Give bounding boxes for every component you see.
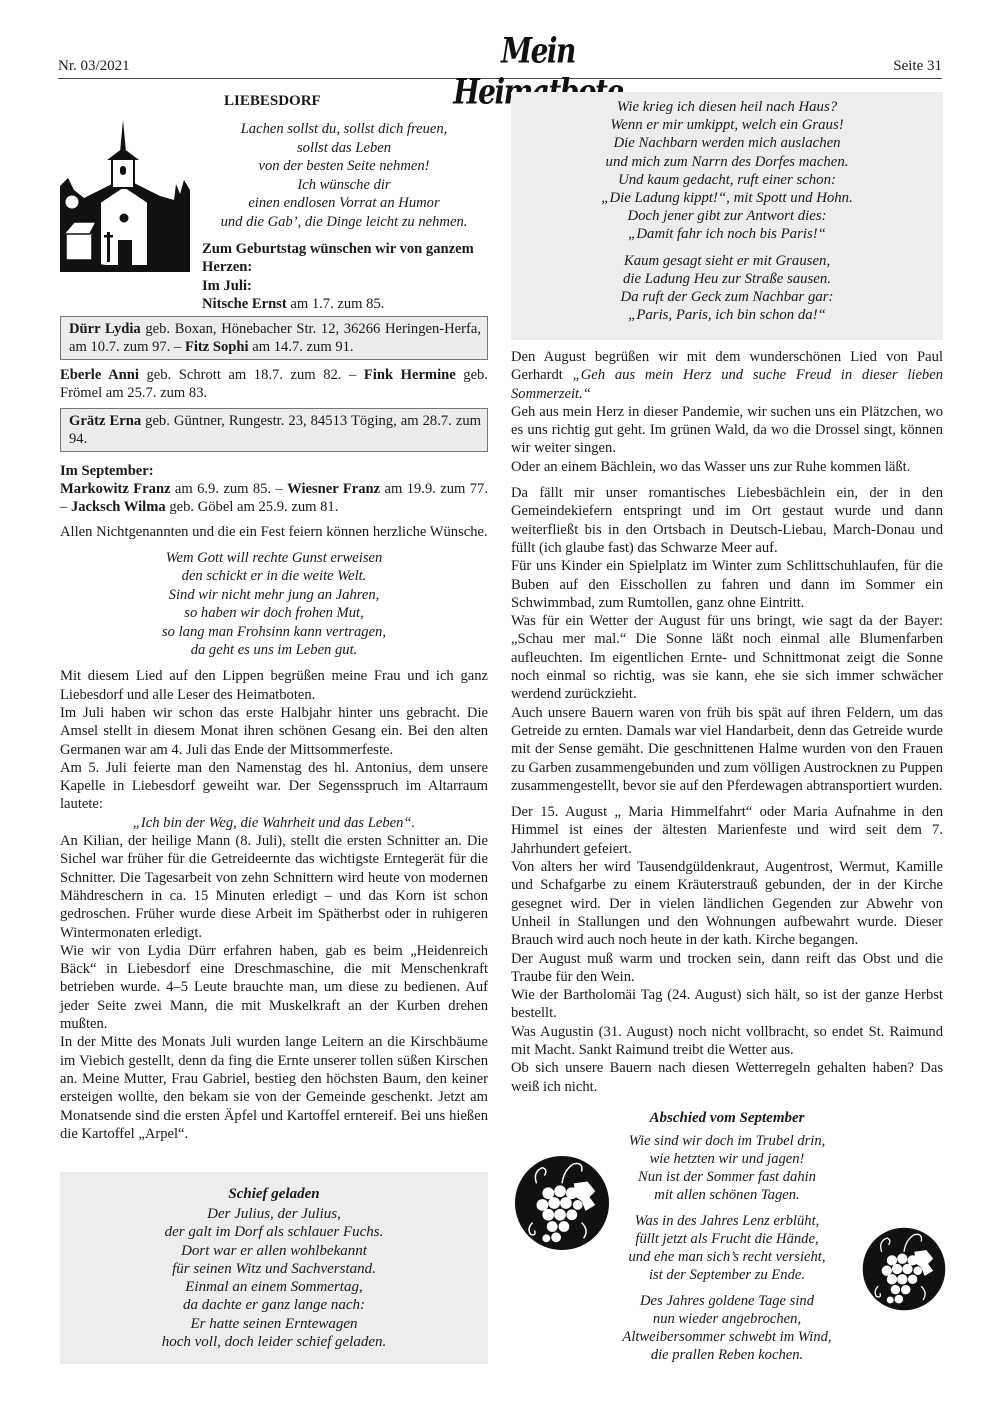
poem-line: da geht es uns im Leben gut. xyxy=(60,641,488,659)
birthday-detail: am 1.7. zum 85. xyxy=(287,296,385,312)
body-paragraph: Wie wir von Lydia Dürr erfahren haben, g… xyxy=(60,942,488,1033)
poem-line: und mich zum Narrn des Dorfes machen. xyxy=(511,153,943,171)
poem-line: Einmal an einem Sommertag, xyxy=(60,1278,488,1296)
poem-line: „Die Ladung kippt!“, mit Spott und Hohn. xyxy=(511,189,943,207)
september-heading: Im September: xyxy=(60,463,154,479)
body-paragraph: Da fällt mir unser romantisches Liebesbä… xyxy=(511,484,943,557)
birthday-box-graetz: Grätz Erna geb. Güntner, Rungestr. 23, 8… xyxy=(60,408,488,452)
birthday-name: Nitsche Ernst xyxy=(202,296,287,312)
body-paragraph: Oder an einem Bächlein, wo das Wasser un… xyxy=(511,458,943,476)
body-paragraph: Was Augustin (31. August) noch nicht vol… xyxy=(511,1023,943,1060)
body-paragraph: Von alters her wird Tausendgüldenkraut, … xyxy=(511,858,943,949)
poem-line: von der besten Seite nehmen! xyxy=(200,157,488,176)
poem-line: so haben wir doch frohen Mut, xyxy=(60,604,488,622)
body-paragraph: In der Mitte des Monats Juli wurden lang… xyxy=(60,1033,488,1143)
body-paragraph: Was für ein Wetter der August für uns br… xyxy=(511,612,943,703)
birthday-name: Wiesner Franz xyxy=(287,481,380,497)
body-paragraph: An Kilian, der heilige Mann (8. Juli), s… xyxy=(60,832,488,942)
body-paragraph: Der 15. August „ Maria Himmelfahrt“ oder… xyxy=(511,803,943,858)
body-paragraph: Auch unsere Bauern waren von früh bis sp… xyxy=(511,704,943,795)
page-header: Nr. 03/2021 Mein Heimatbote Seite 31 xyxy=(58,48,942,79)
poem-line: „Damit fahr ich noch bis Paris!“ xyxy=(511,225,943,243)
poem-line: mit allen schönen Tagen. xyxy=(591,1186,863,1204)
poem-line: Und kaum gedacht, ruft einer schon: xyxy=(511,171,943,189)
poem-line: so lang man Frohsinn kann vertragen, xyxy=(60,623,488,641)
poem-line: da dachte er ganz lange nach: xyxy=(60,1296,488,1314)
poem-line: Doch jener gibt zur Antwort dies: xyxy=(511,207,943,225)
poem-body: Wie sind wir doch im Trubel drin, wie he… xyxy=(591,1132,863,1364)
poem-line: Ich wünsche dir xyxy=(200,176,488,195)
poem-line: Dort war er allen wohlbekannt xyxy=(60,1242,488,1260)
body-paragraph: Wie der Bartholomäi Tag (24. August) sic… xyxy=(511,986,943,1023)
issue-number: Nr. 03/2021 xyxy=(58,58,130,75)
poem-line: und ehe man sich’s recht versieht, xyxy=(591,1248,863,1266)
song-title: „Geh aus mein Herz und suche Freud in di… xyxy=(511,367,943,401)
poem-line: Der Julius, der Julius, xyxy=(60,1205,488,1223)
birthday-entry: Nitsche Ernst am 1.7. zum 85. xyxy=(202,295,492,313)
body-paragraph: Geh aus mein Herz in dieser Pandemie, wi… xyxy=(511,403,943,458)
poem-line: Sind wir nicht mehr jung an Jahren, xyxy=(60,586,488,604)
gott-poem: Wem Gott will rechte Gunst erweisen den … xyxy=(60,549,488,659)
body-paragraph: Für uns Kinder ein Spielplatz im Winter … xyxy=(511,557,943,612)
poem-line: Wem Gott will rechte Gunst erweisen xyxy=(60,549,488,567)
birthday-name: Markowitz Franz xyxy=(60,481,171,497)
grape-vine-icon xyxy=(861,1226,947,1312)
poem-line: „Paris, Paris, ich bin schon da!“ xyxy=(511,306,943,324)
right-column: Wie krieg ich diesen heil nach Haus? Wen… xyxy=(511,88,943,1096)
birthday-name: Fink Hermine xyxy=(364,367,456,383)
birthday-entry-eberle: Eberle Anni geb. Schrott am 18.7. zum 82… xyxy=(60,366,488,403)
poem-line: den schickt er in die weite Welt. xyxy=(60,567,488,585)
body-paragraph: Ob sich unsere Bauern nach diesen Wetter… xyxy=(511,1059,943,1096)
poem-line: einen endlosen Vorrat an Humor xyxy=(200,194,488,213)
intro-poem: Lachen sollst du, sollst dich freuen, so… xyxy=(200,120,488,232)
body-paragraph: Am 5. Juli feierte man den Namenstag des… xyxy=(60,759,488,814)
birthday-detail: geb. Göbel am 25.9. zum 81. xyxy=(166,499,339,515)
poem-line: wie hetzten wir und jagen! xyxy=(591,1150,863,1168)
poem-line: Er hatte seinen Erntewagen xyxy=(60,1315,488,1333)
poem-line: Wenn er mir umkippt, welch ein Graus! xyxy=(511,116,943,134)
intro-section: LIEBESDORF Lachen sollst du, sollst dich… xyxy=(60,92,488,312)
birthday-detail: geb. Schrott am 18.7. zum 82. – xyxy=(139,367,364,383)
altar-quote: „Ich bin der Weg, die Wahrheit und das L… xyxy=(60,814,488,832)
birthday-heading: Zum Geburtstag wünschen wir von ganzem H… xyxy=(202,241,474,275)
left-column: LIEBESDORF Lachen sollst du, sollst dich… xyxy=(60,88,488,1143)
poem-line: hoch voll, doch leider schief geladen. xyxy=(60,1333,488,1351)
poem-line: sollst das Leben xyxy=(200,139,488,158)
church-illustration-icon xyxy=(60,120,190,274)
poem-box-schief-geladen: Schief geladen Der Julius, der Julius, d… xyxy=(60,1172,488,1364)
poem-line: Nun ist der Sommer fast dahin xyxy=(591,1168,863,1186)
poem-line: und die Gab’, die Dinge leicht zu nehmen… xyxy=(200,213,488,232)
body-paragraph: Der August muß warm und trocken sein, da… xyxy=(511,950,943,987)
poem-box-schief-continued: Wie krieg ich diesen heil nach Haus? Wen… xyxy=(511,92,943,340)
poem-line: Die Nachbarn werden mich auslachen xyxy=(511,134,943,152)
birthday-detail: am 6.9. zum 85. – xyxy=(171,481,288,497)
birthday-name: Dürr Lydia xyxy=(69,321,141,337)
july-heading: Im Juli: xyxy=(202,278,252,294)
poem-line: Des Jahres goldene Tage sind xyxy=(591,1292,863,1310)
birthday-detail: am 14.7. zum 91. xyxy=(249,339,354,355)
poem-title: Schief geladen xyxy=(60,1186,488,1203)
poem-line: füllt jetzt als Frucht die Hände, xyxy=(591,1230,863,1248)
birthday-box-duerr: Dürr Lydia geb. Boxan, Hönebacher Str. 1… xyxy=(60,316,488,360)
poem-line: Was in des Jahres Lenz erblüht, xyxy=(591,1212,863,1230)
body-paragraph: Im Juli haben wir schon das erste Halbja… xyxy=(60,704,488,759)
page-number: Seite 31 xyxy=(893,58,942,75)
poem-line: Altweibersommer schwebt im Wind, xyxy=(591,1328,863,1346)
greeting-paragraph: Allen Nichtgenannten und die ein Fest fe… xyxy=(60,523,488,541)
poem-line: die prallen Reben kochen. xyxy=(591,1346,863,1364)
poem-line: nun wieder angebrochen, xyxy=(591,1310,863,1328)
poem-abschied-vom-september: Abschied vom September Wie sind wir doch… xyxy=(511,1108,943,1368)
poem-line: Wie sind wir doch im Trubel drin, xyxy=(591,1132,863,1150)
birthday-intro: Zum Geburtstag wünschen wir von ganzem H… xyxy=(202,240,492,313)
section-title: LIEBESDORF xyxy=(224,92,488,110)
poem-line: ist der September zu Ende. xyxy=(591,1266,863,1284)
poem-line: Wie krieg ich diesen heil nach Haus? xyxy=(511,98,943,116)
birthday-name: Eberle Anni xyxy=(60,367,139,383)
poem-line: für seinen Witz und Sachverstand. xyxy=(60,1260,488,1278)
poem-line: Kaum gesagt sieht er mit Grausen, xyxy=(511,252,943,270)
poem-line: die Ladung Heu zur Straße sausen. xyxy=(511,270,943,288)
poem-line: der galt im Dorf als schlauer Fuchs. xyxy=(60,1223,488,1241)
poem-line: Lachen sollst du, sollst dich freuen, xyxy=(200,120,488,139)
body-paragraph: Mit diesem Lied auf den Lippen begrüßen … xyxy=(60,667,488,704)
body-paragraph: Den August begrüßen wir mit dem wundersc… xyxy=(511,348,943,403)
birthday-entry-september: Markowitz Franz am 6.9. zum 85. – Wiesne… xyxy=(60,480,488,517)
birthday-name: Fitz Sophi xyxy=(185,339,249,355)
birthday-name: Jacksch Wilma xyxy=(71,499,166,515)
birthday-name: Grätz Erna xyxy=(69,413,141,429)
poem-line: Da ruft der Geck zum Nachbar gar: xyxy=(511,288,943,306)
poem-title: Abschied vom September xyxy=(511,1110,943,1127)
